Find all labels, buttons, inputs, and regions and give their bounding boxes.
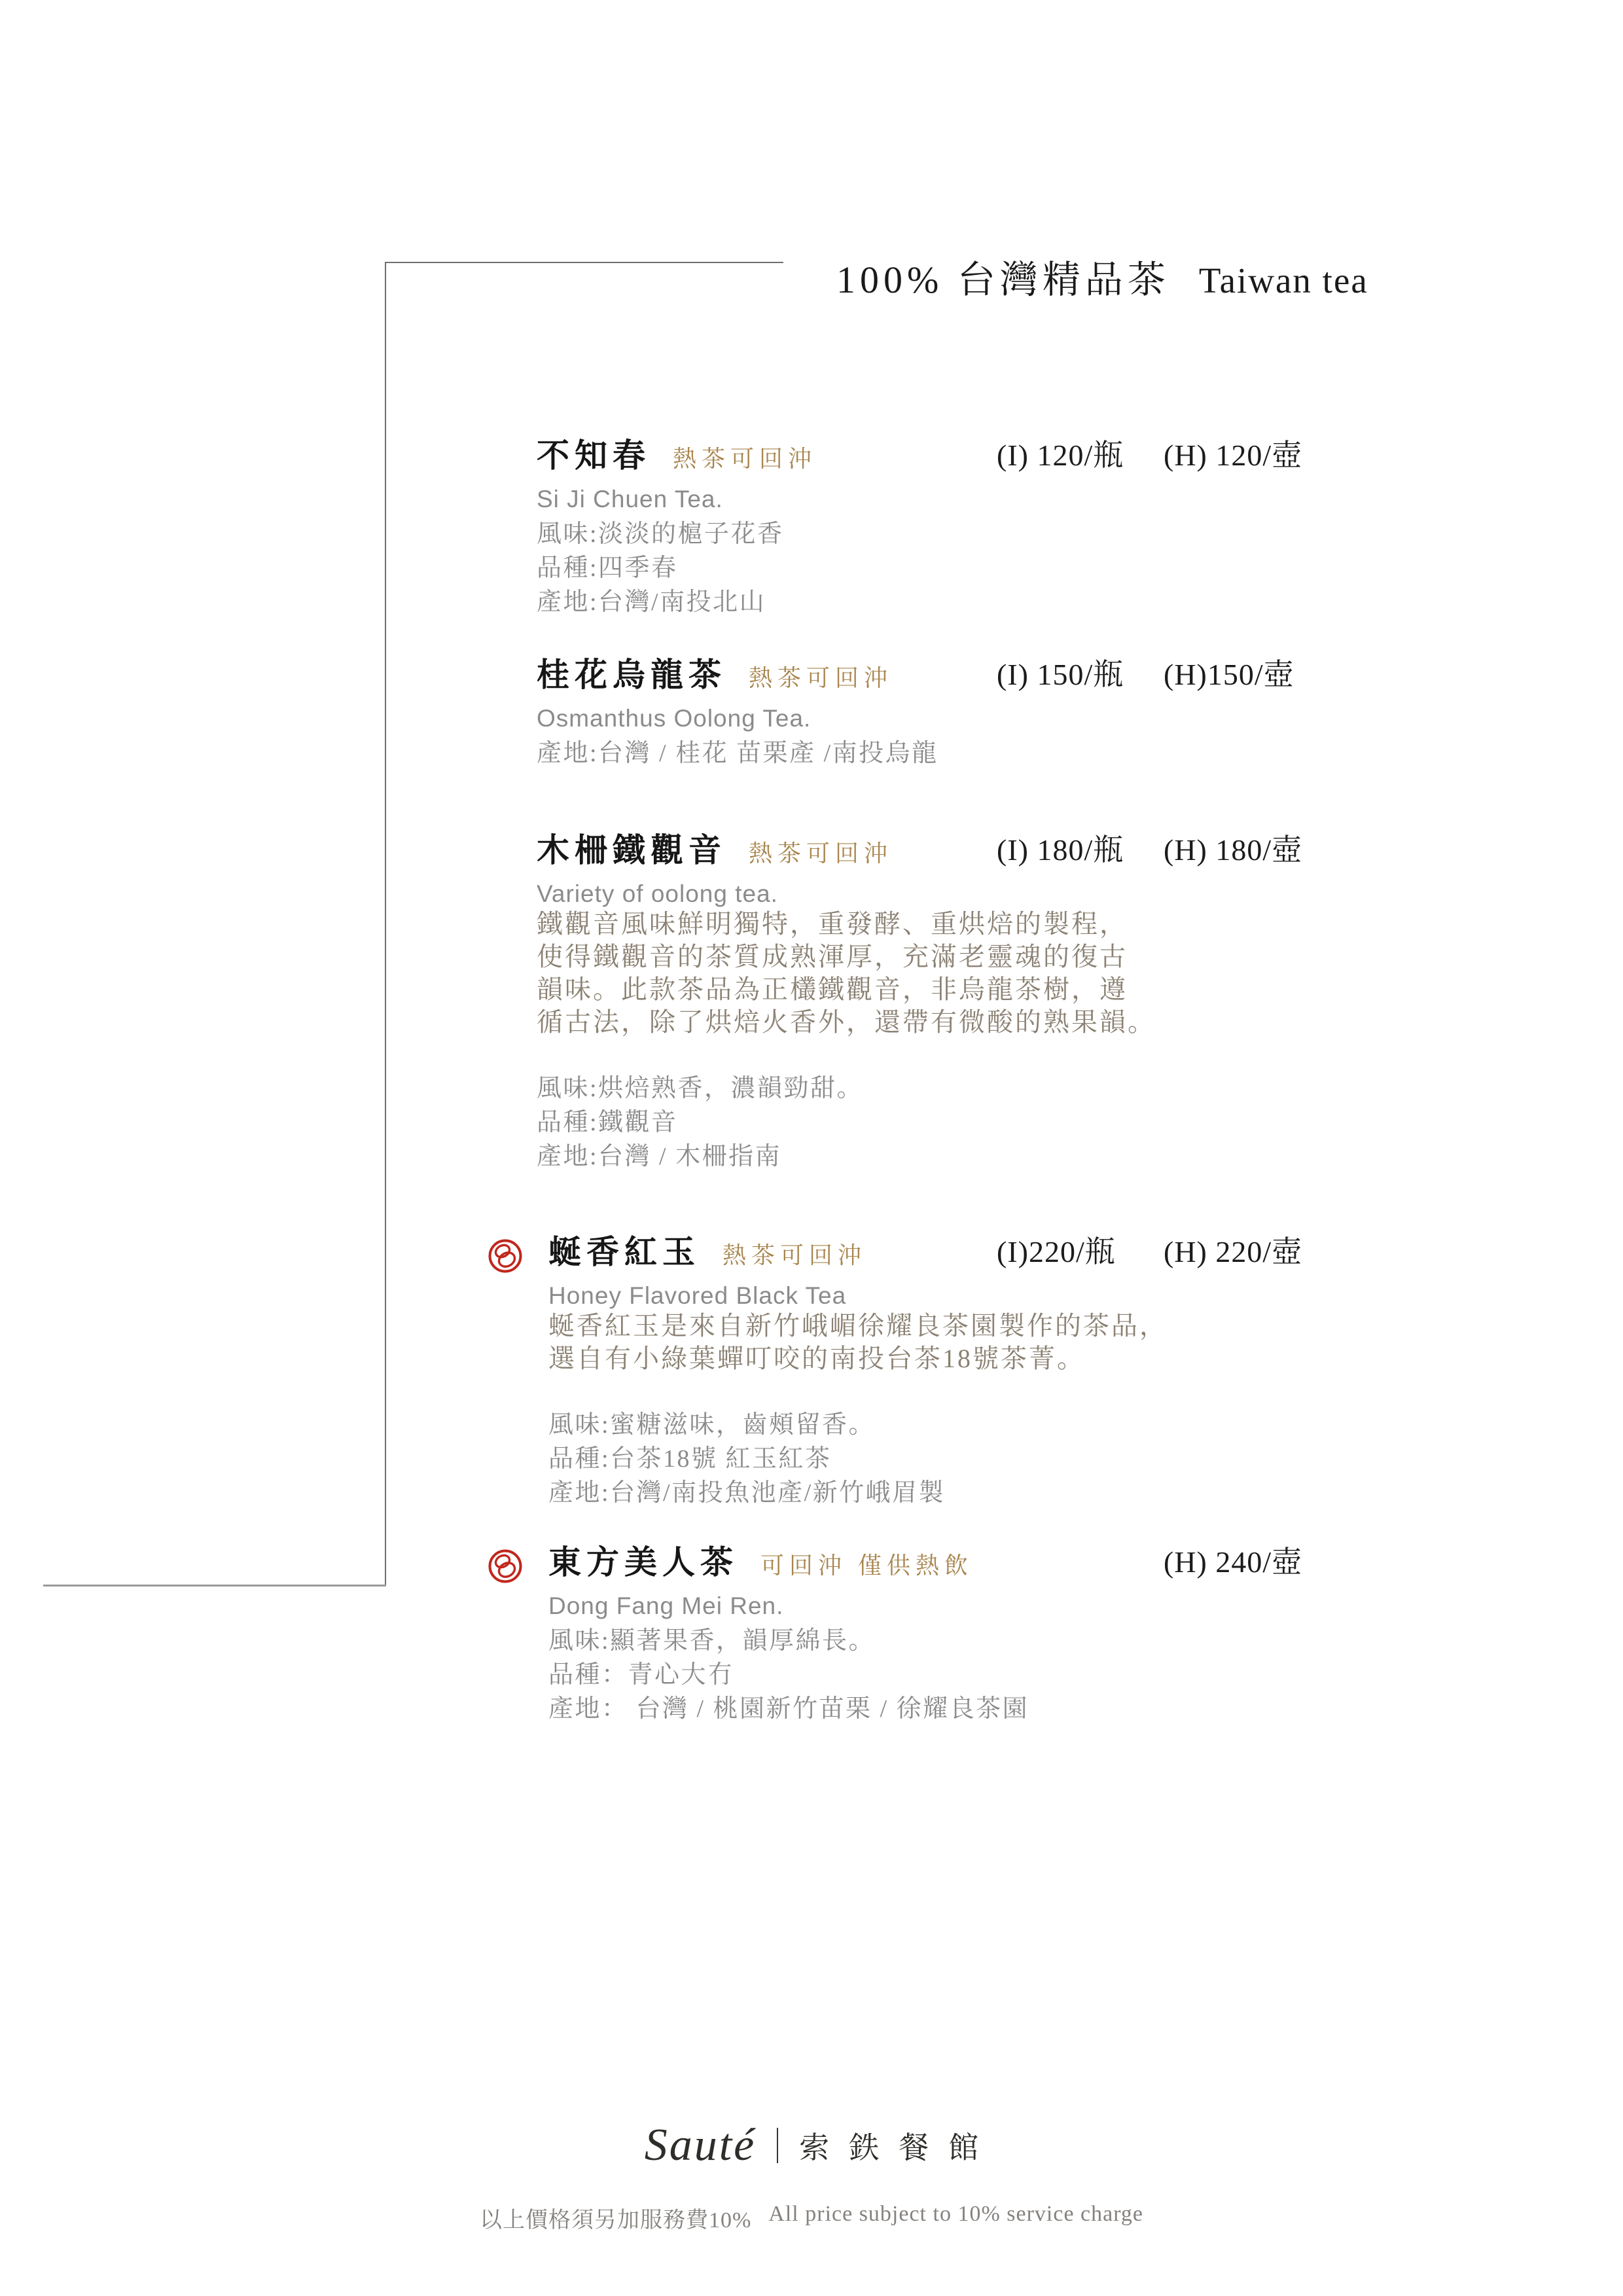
leafhopper-honey-icon: [488, 1238, 523, 1274]
tea-desc-line: 選自有小綠葉蟬叮咬的南投台茶18號茶菁。: [548, 1342, 1203, 1375]
page-title-zh: 100% 台灣精品茶: [836, 249, 1170, 304]
tea-name-en: Osmanthus Oolong Tea.: [537, 705, 1191, 732]
tea-note: 熱茶可回沖: [749, 658, 893, 698]
service-charge-note-zh: 以上價格須另加服務費10%: [480, 2202, 751, 2234]
page-title: 100% 台灣精品茶 Taiwan tea: [836, 249, 1368, 304]
price-hot-pot: (H)150/壺: [1164, 655, 1294, 695]
tea-detail-origin: 產地： 台灣 / 桃園新竹苗栗 / 徐耀良茶園: [548, 1692, 1203, 1726]
tea-item-si-ji-chuen: 不知春 熱茶可回沖 Si Ji Chuen Tea. 風味:淡淡的槴子花香 品種…: [0, 435, 1623, 619]
tea-item-osmanthus-oolong: 桂花烏龍茶 熱茶可回沖 Osmanthus Oolong Tea. 產地:台灣 …: [0, 655, 1623, 770]
price-hot-pot: (H) 220/壺: [1164, 1232, 1302, 1272]
tea-detail-origin: 產地:台灣 / 桂花 苗栗產 /南投烏龍: [537, 736, 1191, 770]
service-charge-note-en: All price subject to 10% service charge: [768, 2202, 1143, 2234]
tea-name: 桂花烏龍茶: [537, 655, 726, 695]
frame-top-line: [385, 262, 783, 263]
tea-note: 可回沖 僅供熱飲: [760, 1545, 973, 1586]
price-hot-pot: (H) 180/壺: [1164, 830, 1302, 870]
tea-desc-line: 循古法，除了烘焙火香外，還帶有微酸的熟果韻。: [537, 1006, 1191, 1039]
tea-detail-variety: 品種:鐵觀音: [537, 1105, 1191, 1139]
tea-detail-variety: 品種:四季春: [537, 551, 1191, 585]
tea-detail-flavor: 風味:淡淡的槴子花香: [537, 517, 1191, 551]
tea-detail-flavor: 風味:蜜糖滋味，齒頰留香。: [548, 1408, 1203, 1442]
price-iced-bottle: (I) 120/瓶: [997, 435, 1124, 476]
tea-detail-flavor: 風味:烘焙熟香，濃韻勁甜。: [537, 1071, 1191, 1105]
tea-desc-line: 蜒香紅玉是來自新竹峨嵋徐耀良茶園製作的茶品，: [548, 1310, 1203, 1342]
price-iced-bottle: (I) 180/瓶: [997, 830, 1124, 870]
brand-logo: Sauté 索鉄餐館: [0, 2119, 1623, 2172]
brand-name-zh: 索鉄餐館: [799, 2124, 998, 2167]
tea-detail-origin: 產地:台灣 / 木柵指南: [537, 1139, 1191, 1174]
tea-name-en: Dong Fang Mei Ren.: [548, 1592, 1203, 1620]
tea-note: 熱茶可回沖: [673, 439, 817, 479]
price-iced-bottle: (I) 150/瓶: [997, 655, 1124, 695]
tea-note: 熱茶可回沖: [722, 1235, 866, 1276]
tea-desc-line: 韻味。此款茶品為正欉鐵觀音，非烏龍茶樹，遵: [537, 973, 1191, 1006]
tea-detail-variety: 品種:台茶18號 紅玉紅茶: [548, 1442, 1203, 1476]
tea-name: 東方美人茶: [548, 1542, 738, 1583]
brand-divider: [777, 2128, 778, 2163]
tea-note: 熱茶可回沖: [749, 833, 893, 874]
tea-detail-variety: 品種：青心大冇: [548, 1658, 1203, 1692]
leafhopper-honey-icon: [488, 1549, 523, 1584]
page-title-en: Taiwan tea: [1199, 260, 1368, 301]
tea-item-honey-black: 蜒香紅玉 熱茶可回沖 Honey Flavored Black Tea 蜒香紅玉…: [0, 1232, 1623, 1510]
tea-desc-line: 使得鐵觀音的茶質成熟渾厚，充滿老靈魂的復古: [537, 941, 1191, 973]
tea-detail-flavor: 風味:顯著果香，韻厚綿長。: [548, 1624, 1203, 1658]
price-iced-bottle: (I)220/瓶: [997, 1232, 1116, 1272]
price-hot-pot: (H) 240/壺: [1164, 1542, 1302, 1583]
tea-name-en: Variety of oolong tea.: [537, 880, 1191, 908]
tea-name: 木柵鐵觀音: [537, 830, 726, 870]
tea-item-oriental-beauty: 東方美人茶 可回沖 僅供熱飲 Dong Fang Mei Ren. 風味:顯著果…: [0, 1542, 1623, 1726]
brand-name-script: Sauté: [645, 2119, 757, 2172]
tea-menu-page: 100% 台灣精品茶 Taiwan tea 不知春 熱茶可回沖 Si Ji Ch…: [0, 0, 1623, 2296]
tea-name-en: Honey Flavored Black Tea: [548, 1282, 1203, 1310]
tea-detail-origin: 產地:台灣/南投北山: [537, 585, 1191, 619]
tea-item-muzha-tieguanyin: 木柵鐵觀音 熱茶可回沖 Variety of oolong tea. 鐵觀音風味…: [0, 830, 1623, 1174]
service-charge-note: 以上價格須另加服務費10% All price subject to 10% s…: [0, 2202, 1623, 2234]
tea-desc-line: 鐵觀音風味鮮明獨特，重發酵、重烘焙的製程，: [537, 908, 1191, 941]
tea-name-en: Si Ji Chuen Tea.: [537, 486, 1191, 513]
tea-name: 蜒香紅玉: [548, 1232, 700, 1272]
price-hot-pot: (H) 120/壺: [1164, 435, 1302, 476]
tea-name: 不知春: [537, 435, 651, 476]
tea-detail-origin: 產地:台灣/南投魚池產/新竹峨眉製: [548, 1476, 1203, 1510]
